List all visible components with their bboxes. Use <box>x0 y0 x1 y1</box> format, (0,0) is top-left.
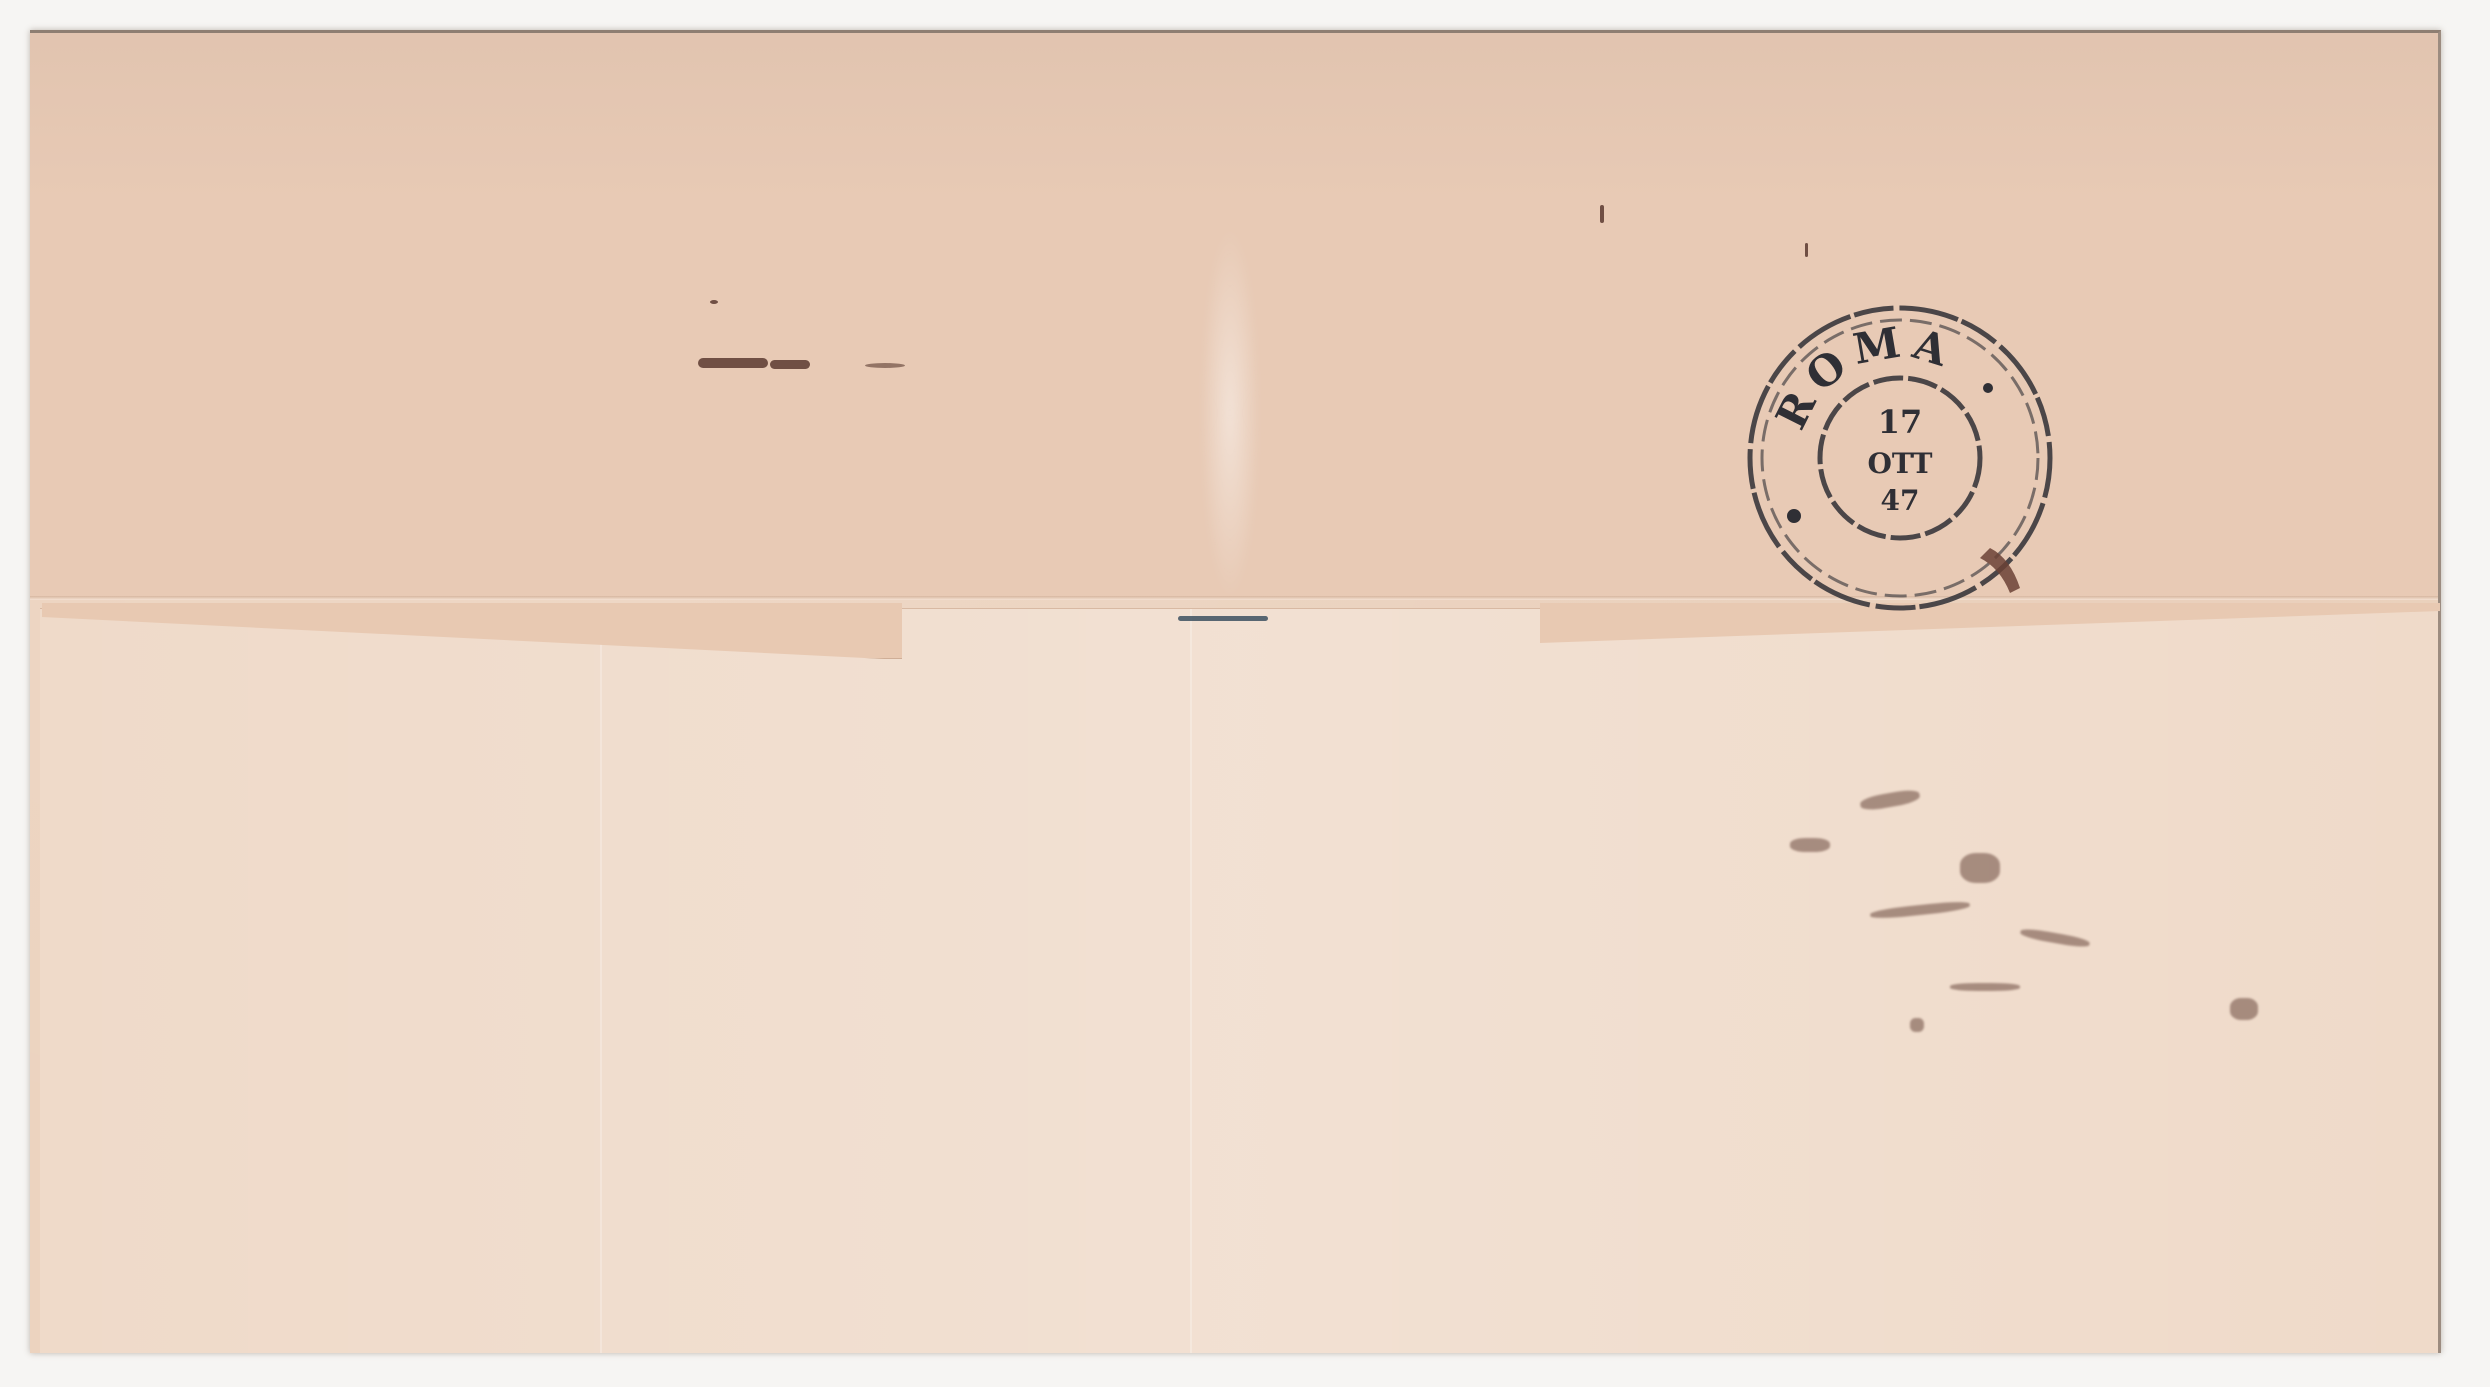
ink-dot <box>710 300 718 304</box>
ink-smudge <box>1910 1018 1924 1032</box>
ink-smudge <box>1790 838 1830 852</box>
postmark-icon: ROMA 17 OTT 47 <box>1730 288 2070 628</box>
ink-smudge <box>1950 983 2020 991</box>
svg-text:ROMA: ROMA <box>1766 316 1961 436</box>
letter-lower-panel <box>40 608 2438 1353</box>
postmark-day: 17 <box>1878 403 1923 441</box>
postmark-year: 47 <box>1881 484 1920 517</box>
ink-smudge <box>2230 998 2258 1020</box>
postmark-town: ROMA <box>1766 316 1961 436</box>
paper-crease <box>600 609 602 1353</box>
ink-offset-mark <box>698 358 768 368</box>
paper-crease <box>1190 609 1192 1353</box>
roma-postmark: ROMA 17 OTT 47 <box>1730 288 2070 628</box>
fold-line <box>30 596 2438 600</box>
ink-dot <box>1805 243 1808 257</box>
ink-smudge <box>1960 853 2000 883</box>
ink-offset-mark <box>865 363 905 368</box>
ink-dot <box>1600 205 1604 223</box>
postmark-month: OTT <box>1867 447 1932 480</box>
letter-upper-panel <box>30 33 2438 598</box>
ink-offset-mark <box>770 360 810 369</box>
letter-sheet: ROMA 17 OTT 47 <box>30 30 2441 1353</box>
blue-crayon-mark <box>1178 616 1268 621</box>
